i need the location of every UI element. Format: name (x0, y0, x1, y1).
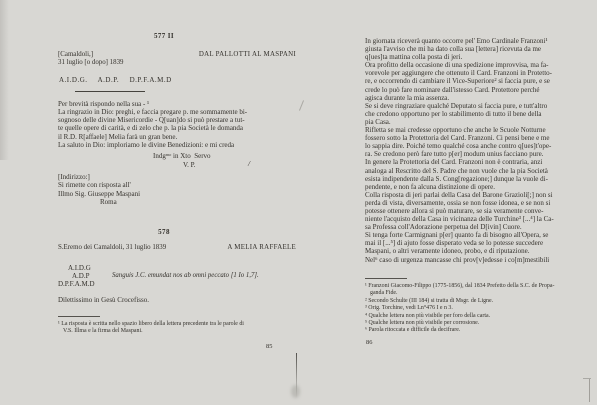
letter-578-header-row: S.Eremo dei Camaldoli, 31 luglio 1839 A … (58, 244, 296, 251)
text-line: q[ues]ta mattina colla posta di jeri. (365, 53, 554, 61)
text-line: niente l'acquisto della Casa in vicinanz… (365, 215, 554, 223)
text-line: Illmo Sig. Giuseppe Maspani (58, 190, 140, 198)
text-line: ¹ La risposta è scritta nello spazio lib… (58, 321, 244, 328)
letter-577-sigla: A.I.D.G. A.D.P. D.P.F.A.M.D (59, 76, 172, 84)
text-line: crede lo può fare nominare dall'istesso … (365, 86, 554, 94)
letter-577-date: 31 luglio [o dopo] 1839 (58, 59, 123, 66)
left-page-footnotes: ¹ La risposta è scritta nello spazio lib… (58, 321, 244, 335)
text-line: sognoso delle divine Misericordie - Q[ua… (58, 116, 247, 124)
text-line: pia Casa. (365, 118, 554, 126)
letter-578-sigla-2: A.D.P (72, 272, 90, 280)
text-line: te quelle opere di carità, e di zelo che… (58, 124, 247, 132)
text-line: La ringrazio in Dio: preghi, e faccia pr… (58, 108, 247, 116)
text-line: re, e occorrendo di cambiare il Vice-Sup… (365, 77, 554, 85)
letter-body-continuation: In giornata riceverà quanto occorre pel'… (365, 37, 554, 264)
text-line: fossero sotto la Protettoria del Card. F… (365, 134, 554, 142)
letter-577-signature: V. P. (183, 161, 196, 169)
footnote-divider (365, 278, 407, 279)
letter-577-closing: Indgᵐᵒ in Xto Servo (153, 152, 211, 160)
letter-577-title: DAL PALLOTTI AL MASPANI (199, 51, 296, 58)
text-line: perda di vista, diversamente, ossia se n… (365, 199, 554, 207)
letter-577-address-city: Roma (100, 198, 117, 206)
text-line: ra. Se credono però fare tutto p[er] mod… (365, 150, 554, 158)
text-line: Maspani, o altri veramente idoneo, probo… (365, 247, 554, 255)
text-line: Colla risposta di jeri parlai della Casa… (365, 191, 554, 199)
letter-577-address: [Indirizzo:]Si rimette con risposta all'… (58, 173, 140, 198)
letter-578-dateline: S.Eremo dei Camaldoli, 31 luglio 1839 (58, 244, 166, 251)
letter-578-number-heading: 578 (58, 228, 270, 236)
letter-578-sigla-1: A.I.D.G (68, 264, 91, 272)
letter-578-motto: Sanguis J.C. emundat nos ab omni peccato… (112, 272, 259, 279)
page-edge-mark (589, 379, 590, 402)
letter-577-header-row: [Camaldoli,] DAL PALLOTTI AL MASPANI (58, 51, 296, 58)
text-line: analoga al Rescritto del S. Padre che no… (365, 167, 554, 175)
page-edge-tick (583, 378, 591, 379)
text-line: Per brevità rispondo nella sua - ¹ (58, 100, 247, 108)
text-line: ³ Orig. Torchine, vedi Ln°476 I e n 3. (365, 305, 554, 312)
letter-577-body: Per brevità rispondo nella sua - ¹La rin… (58, 100, 247, 150)
text-line: pendente, e non fa alcuna distinzione di… (365, 183, 554, 191)
text-line: potesse ottenere allora si può maturare,… (365, 207, 554, 215)
text-line: sa Professa coll'Adorazione perpetua del… (365, 223, 554, 231)
text-line: lo sappia dire. Poiché temo qualché cosa… (365, 142, 554, 150)
letter-577-place: [Camaldoli,] (58, 51, 93, 58)
text-line: [Indirizzo:] (58, 173, 140, 181)
stray-pen-tick (299, 100, 304, 111)
text-line: il R.D. R[affaele] Melia farà un gran be… (58, 133, 247, 141)
text-line: ⁴ Qualche lettera non più visibile per f… (365, 313, 554, 320)
text-line: vorevole per aggiungere che ottenuto il … (365, 69, 554, 77)
text-line: che credono opportuno per lo stabiliment… (365, 110, 554, 118)
book-spread-scan: 577 II [Camaldoli,] DAL PALLOTTI AL MASP… (0, 0, 597, 405)
sigla-underline (75, 91, 145, 92)
letter-578-salutation: Dilettissimo in Gesù Crocefisso. (58, 296, 149, 304)
text-line: ⁶ Parola ritoccata e difficile da decifr… (365, 327, 554, 334)
text-line: Rifletta se mai credesse opportuno che a… (365, 126, 554, 134)
scan-edge-shadow (0, 0, 9, 160)
right-page-number: 86 (366, 339, 372, 346)
text-line: Si rimette con risposta all' (58, 181, 140, 189)
gutter-smudge (291, 385, 300, 398)
footnote-divider (58, 316, 100, 317)
letter-577-number-heading: 577 II (58, 32, 270, 40)
text-line: ganda Fide. (365, 290, 554, 297)
left-page-number: 85 (266, 343, 272, 350)
text-line: In giornata riceverà quanto occorre pel'… (365, 37, 554, 45)
text-line: In genere la Protettoria del Card. Franz… (365, 158, 554, 166)
letter-578-sigla-3: D.P.F.A.M.D (58, 280, 95, 288)
text-line: Ora profitto della occasione di una sped… (365, 61, 554, 69)
text-line: V.S. Illma e la firma del Maspani. (58, 328, 244, 335)
text-line: giusta l'avviso che mi ha dato colla sua… (365, 45, 554, 53)
text-line: mai il [...⁵] di ajuto fosse disperato v… (365, 239, 554, 247)
text-line: Se si deve ringraziare qualché Deputato … (365, 102, 554, 110)
text-line: La saluto in Dio: imploriamo le divine B… (58, 141, 247, 149)
archival-slash-mark: / (248, 159, 250, 168)
text-line: Si tenga forte Carmignani p[er] quanto f… (365, 231, 554, 239)
text-line: Nel⁶ caso di urgenza mancasse chi prov[v… (365, 256, 554, 264)
text-line: esista indipendente dalla S. Cong[regazi… (365, 175, 554, 183)
letter-578-title: A MELIA RAFFAELE (227, 244, 296, 251)
text-line: ¹ Franzoni Giacomo-Filippo (1775-1856), … (365, 283, 554, 290)
text-line: agisca durante la mia assenza. (365, 94, 554, 102)
right-page-footnotes: ¹ Franzoni Giacomo-Filippo (1775-1856), … (365, 283, 554, 335)
